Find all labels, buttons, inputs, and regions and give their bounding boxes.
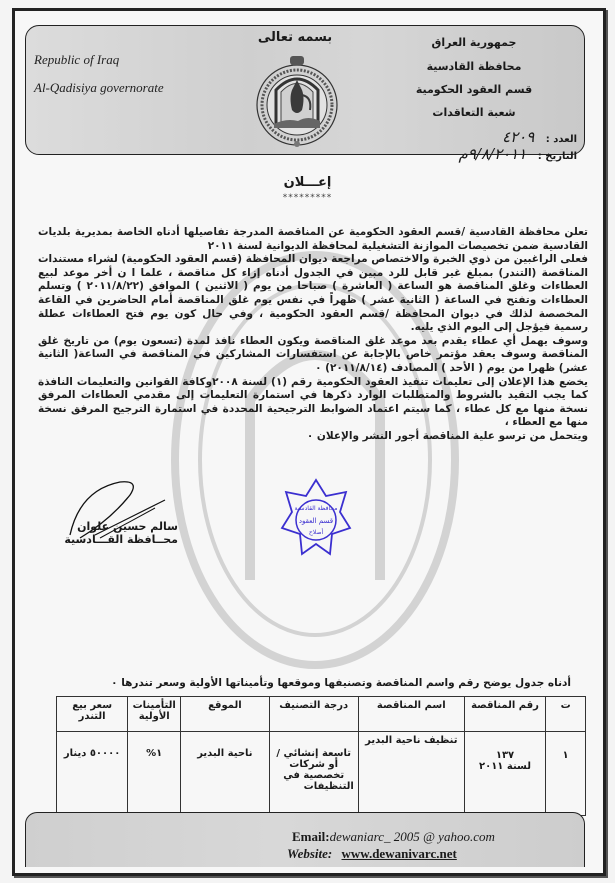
document-date: التاريخ : ٩/٨/٢٠١١م <box>459 145 577 163</box>
email-address[interactable]: dewaniarc_ 2005 @ yahoo.com <box>330 829 495 844</box>
signature-block: سالم حسين علوان محــافظة القـــادسية <box>58 520 178 546</box>
stamp-text-line3: أصلاح <box>309 528 324 536</box>
signatory-title: محــافظة القـــادسية <box>58 533 178 546</box>
col-classification: درجة التصنيف <box>269 697 358 732</box>
cell-tender-name: تنظيف ناحية البدير <box>358 732 464 816</box>
official-stamp-icon: محافظة القادسية قسم العقود أصلاح <box>280 478 352 562</box>
paragraph-tender-schedule: فعلى الراغبين من ذوي الخبرة والاختصاص مر… <box>38 253 588 335</box>
basmala: بسمه تعالى <box>240 30 350 45</box>
title-separator: ********* <box>0 193 615 203</box>
website-label: Website: <box>287 846 332 861</box>
document-date-value: ٩/٨/٢٠١١م <box>459 145 527 163</box>
table-header-row: ت رقم المناقصة اسم المناقصة درجة التصنيف… <box>57 697 586 732</box>
cell-tender-number: ١٣٧ لسنة ٢٠١١ <box>464 732 545 816</box>
header-arabic-department: قسم العقود الحكومية <box>389 83 559 96</box>
footer-website: Website: www.dewanivarc.net <box>287 846 457 862</box>
paragraph-bid-validity: وسوف يهمل أي عطاء يقدم بعد موعد غلق المن… <box>38 335 588 376</box>
announcement-title: إعـــلان <box>0 175 615 190</box>
announcement-body: تعلن محافظة القادسية /قسم العقود الحكومي… <box>38 226 588 444</box>
paragraph-regulations: يخضع هذا الإعلان إلى تعليمات تنفيذ العقو… <box>38 376 588 430</box>
tender-year: لسنة ٢٠١١ <box>469 761 541 772</box>
header-english-governorate: Al-Qadisiya governorate <box>34 80 164 96</box>
header-arabic-country: جمهورية العراق <box>389 36 559 49</box>
cell-index: ١ <box>546 732 586 816</box>
cell-deposit: ١% <box>128 732 181 816</box>
paragraph-fees: ويتحمل من ترسو علية المناقصة أجور النشر … <box>38 430 588 444</box>
stamp-text-line1: محافظة القادسية <box>295 505 338 512</box>
signatory-name: سالم حسين علوان <box>58 520 178 533</box>
document-date-label: التاريخ : <box>538 151 577 162</box>
header-arabic-section: شعبة التعاقدات <box>389 106 559 119</box>
document-number: العدد : ٤٢٠٩ <box>502 128 577 146</box>
header-arabic-governorate: محافظة القادسية <box>389 60 559 73</box>
governorate-emblem-icon <box>254 50 340 150</box>
tender-table: ت رقم المناقصة اسم المناقصة درجة التصنيف… <box>56 696 586 816</box>
paragraph-intro: تعلن محافظة القادسية /قسم العقود الحكومي… <box>38 226 588 253</box>
document-number-value: ٤٢٠٩ <box>502 128 534 146</box>
cell-classification: تاسعة إنشائي /أو شركات تخصصية في التنظيف… <box>269 732 358 816</box>
col-location: الموقع <box>181 697 269 732</box>
document-number-label: العدد : <box>546 134 577 145</box>
col-tender-number: رقم المناقصة <box>464 697 545 732</box>
header-english-country: Republic of Iraq <box>34 52 119 68</box>
col-tender-price: سعر بيع التندر <box>57 697 128 732</box>
col-deposit: التأمينات الأولية <box>128 697 181 732</box>
col-index: ت <box>546 697 586 732</box>
tender-number: ١٣٧ <box>469 750 541 761</box>
email-label: Email: <box>292 829 330 844</box>
table-intro: أدناه جدول يوضح رقم واسم المناقصة وتصنيف… <box>111 677 571 689</box>
stamp-text-line2: قسم العقود <box>299 517 333 525</box>
cell-location: ناحية البدير <box>181 732 269 816</box>
col-tender-name: اسم المناقصة <box>358 697 464 732</box>
table-row: ١ ١٣٧ لسنة ٢٠١١ تنظيف ناحية البدير تاسعة… <box>57 732 586 816</box>
website-link[interactable]: www.dewanivarc.net <box>342 846 457 861</box>
cell-tender-price: ٥٠٠٠٠ دينار <box>57 732 128 816</box>
footer-email: Email:dewaniarc_ 2005 @ yahoo.com <box>292 829 495 845</box>
